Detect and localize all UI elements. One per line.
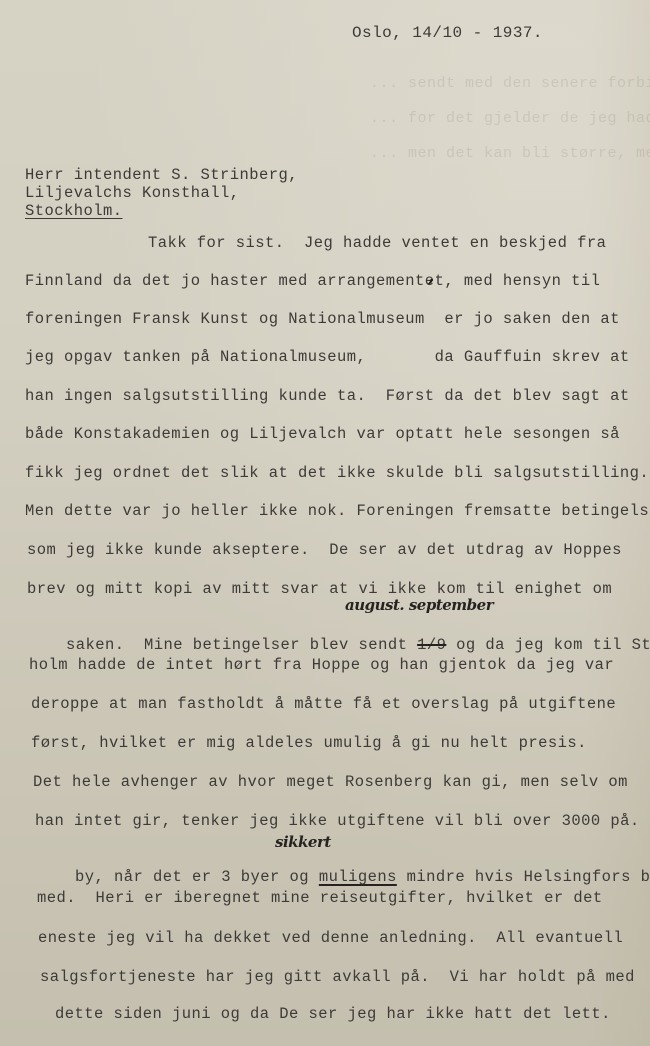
body-line: med. Heri er iberegnet mine reiseutgifte… bbox=[37, 889, 603, 907]
struck-date: 1/9 bbox=[417, 636, 446, 654]
body-line: brev og mitt kopi av mitt svar at vi ikk… bbox=[27, 580, 612, 598]
handwritten-comma-mark: , bbox=[428, 266, 434, 287]
letter-page: ... sendt med den senere forbindelse ...… bbox=[0, 0, 650, 1046]
recipient-line: Herr intendent S. Strinberg, bbox=[25, 166, 298, 184]
body-line: både Konstakademien og Liljevalch var op… bbox=[25, 425, 620, 443]
body-line: han intet gir, tenker jeg ikke utgiftene… bbox=[35, 812, 640, 830]
body-text: saken. Mine betingelser blev sendt bbox=[66, 636, 417, 654]
recipient-city: Stockholm. bbox=[25, 202, 123, 220]
body-line: han ingen salgsutstilling kunde ta. Førs… bbox=[25, 387, 630, 405]
body-line: som jeg ikke kunde akseptere. De ser av … bbox=[27, 541, 622, 559]
body-line: Finnland da det jo haster med arrangemen… bbox=[25, 272, 600, 290]
body-line: eneste jeg vil ha dekket ved denne anled… bbox=[38, 929, 623, 947]
body-line: holm hadde de intet hørt fra Hoppe og ha… bbox=[29, 656, 614, 674]
body-line: dette siden juni og da De ser jeg har ik… bbox=[55, 1005, 611, 1023]
body-line: fikk jeg ordnet det slik at det ikke sku… bbox=[25, 464, 649, 482]
body-text: mindre hvis Helsingfors blir bbox=[397, 868, 650, 886]
bleed-through-line: ... men det kan bli større, men ikke bbox=[370, 145, 650, 162]
body-text: by, når det er 3 byer og bbox=[75, 868, 319, 886]
body-line: Takk for sist. Jeg hadde ventet en beskj… bbox=[148, 234, 606, 252]
body-line: deroppe at man fastholdt å måtte få et o… bbox=[31, 695, 616, 713]
body-text: og da jeg kom til Stock- bbox=[446, 636, 650, 654]
body-line: foreningen Fransk Kunst og Nationalmuseu… bbox=[25, 310, 620, 328]
body-line: først, hvilket er mig aldeles umulig å g… bbox=[31, 734, 587, 752]
body-line: salgsfortjeneste har jeg gitt avkall på.… bbox=[40, 968, 635, 986]
handwritten-correction-date: august. september bbox=[345, 596, 493, 614]
struck-word: muligens bbox=[319, 868, 397, 886]
body-line: Det hele avhenger av hvor meget Rosenber… bbox=[33, 773, 628, 791]
bleed-through-line: ... for det gjelder de jeg hadde med bbox=[370, 110, 650, 127]
recipient-line: Liljevalchs Konsthall, bbox=[25, 184, 240, 202]
dateline: Oslo, 14/10 - 1937. bbox=[352, 24, 543, 42]
handwritten-correction-word: sikkert bbox=[275, 833, 331, 851]
body-line: jeg opgav tanken på Nationalmuseum, da G… bbox=[25, 348, 630, 366]
body-line: Men dette var jo heller ikke nok. Foreni… bbox=[25, 502, 650, 520]
bleed-through-line: ... sendt med den senere forbindelse bbox=[370, 75, 650, 92]
